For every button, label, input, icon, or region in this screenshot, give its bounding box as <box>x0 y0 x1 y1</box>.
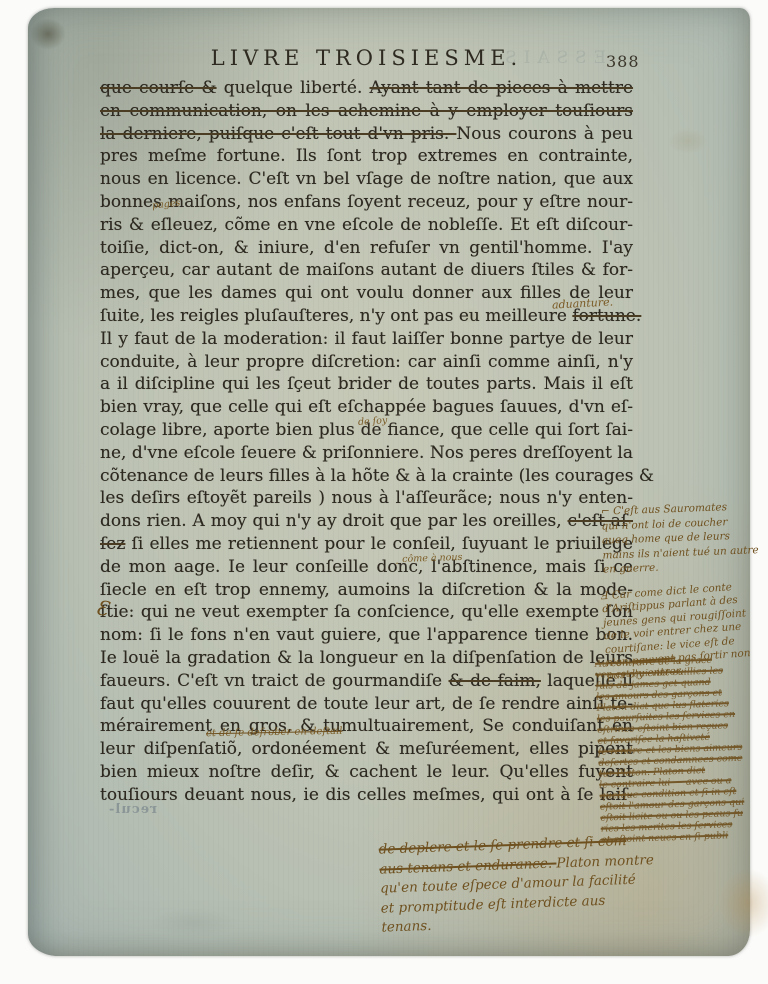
text-line: ſez ſi elles me retiennent pour le conſe… <box>100 533 633 556</box>
struck-text: en communication, on les achemine à y em… <box>100 101 633 121</box>
text-line: dons rien. A moy qui n'y ay droit que pa… <box>100 510 633 533</box>
stain <box>148 908 238 938</box>
text-line: la derniere, puiſque c'eſt tout d'vn pri… <box>100 123 633 146</box>
text-segment: de mon aage. Ie leur conſeille donc, l'a… <box>100 557 633 577</box>
text-segment: bien mieux noſtre deſir, & cachent le le… <box>100 762 633 782</box>
text-segment: cõtenance de leurs filles à la hõte & à … <box>100 466 654 486</box>
text-line: en communication, on les achemine à y em… <box>100 100 633 123</box>
text-line: pres meſme fortune. Ils ſont trop extrem… <box>100 145 633 168</box>
text-segment: Il y faut de la moderation: il faut laiſ… <box>100 329 633 349</box>
text-segment: tenans. <box>381 918 432 936</box>
text-line: Ie louë la gradation & la longueur en la… <box>100 647 633 670</box>
struck-text: Ayant tant de pieces à mettre <box>370 78 634 98</box>
text-segment: en guerre. <box>603 562 659 576</box>
text-line: cõtenance de leurs filles à la hõte & à … <box>100 465 633 488</box>
interlinear-note: ꞈ côme à nous <box>396 552 463 565</box>
text-line: a il diſcipline qui les ſçeut brider de … <box>100 373 633 396</box>
text-segment: touſiours deuant nous, ie dis celles meſ… <box>100 785 633 805</box>
page-number: 388 <box>606 52 640 71</box>
text-line: ne, d'vne eſcole ſeuere & priſonniere. N… <box>100 442 633 465</box>
margin-note-sauromates: ⌐ C'eſt aus Sauromatesqui n'ont loi de c… <box>601 499 753 577</box>
scan-background: { "page": { "header": { "title": "LIVRE … <box>0 0 768 984</box>
text-segment: ris & eſleuez, cõme en vne eſcole de nob… <box>100 215 633 235</box>
interlinear-note: de ſoy <box>358 415 388 428</box>
text-segment: mérairement en gros, & tumultuairement, … <box>100 716 633 736</box>
text-segment: Nous courons à peu <box>456 124 633 144</box>
text-line: nous en licence. C'eſt vn bel vſage de n… <box>100 168 633 191</box>
text-line: touſiours deuant nous, ie dis celles meſ… <box>100 784 633 807</box>
text-segment: conduite, à leur propre diſcretion: car … <box>100 352 633 372</box>
stain <box>30 18 66 50</box>
text-line: que courſe & quelque liberté. Ayant tant… <box>100 77 633 100</box>
text-segment: quelque liberté. <box>217 78 370 98</box>
text-segment: Platon montre <box>556 852 654 871</box>
stain <box>668 128 708 154</box>
text-segment: toiſie, dict-on, & iniure, d'en refuſer … <box>100 238 633 258</box>
text-line: aperçeu, car autant de maiſons autant de… <box>100 259 633 282</box>
text-segment: bien vray, que celle qui eſt eſchappée b… <box>100 397 633 417</box>
struck-text: la derniere, puiſque c'eſt tout d'vn pri… <box>100 124 456 144</box>
text-line: bien mieux noſtre deſir, & cachent le le… <box>100 761 633 784</box>
text-line: mérairement en gros, & tumultuairement, … <box>100 715 633 738</box>
text-segment: ſi elles me retiennent pour le conſeil, … <box>125 534 633 554</box>
text-line: faueurs. C'eſt vn traict de gourmandiſe … <box>100 670 633 693</box>
margin-note-platon: de deplere et le ſe prendre et ſi comaus… <box>378 827 761 938</box>
text-line: conduite, à leur propre diſcretion: car … <box>100 351 633 374</box>
text-line: ſiecle en eſt trop ennemy, aumoins la di… <box>100 579 633 602</box>
text-line: ſtie: qui ne veut exempter ſa conſcience… <box>100 601 633 624</box>
text-segment: leur diſpenſatiõ, ordonéement & meſuréem… <box>100 739 633 759</box>
text-segment: nous en licence. C'eſt vn bel vſage de n… <box>100 169 633 189</box>
text-segment: ne, d'vne eſcole ſeuere & priſonniere. N… <box>100 443 633 463</box>
text-segment: pres meſme fortune. Ils ſont trop extrem… <box>100 146 633 166</box>
text-segment: Ie louë la gradation & la longueur en la… <box>100 648 633 668</box>
text-segment: faut qu'elles couurent de toute leur art… <box>100 694 633 714</box>
text-segment: a il diſcipline qui les ſçeut brider de … <box>100 374 633 394</box>
text-line: faut qu'elles couurent de toute leur art… <box>100 693 633 716</box>
text-segment: aperçeu, car autant de maiſons autant de… <box>100 260 633 280</box>
printed-text-block: que courſe & quelque liberté. Ayant tant… <box>100 77 633 807</box>
text-line: nom: ſi le fons n'en vaut guiere, que l'… <box>100 624 633 647</box>
text-segment: faueurs. C'eſt vn traict de gourmandiſe <box>100 671 449 691</box>
text-line: toiſie, dict-on, & iniure, d'en refuſer … <box>100 237 633 260</box>
text-segment: ſiecle en eſt trop ennemy, aumoins la di… <box>100 580 633 600</box>
text-segment: nom: ſi le fons n'en vaut guiere, que l'… <box>100 625 633 645</box>
text-segment: dons rien. A moy qui n'y ay droit que pa… <box>100 511 568 531</box>
text-line: de mon aage. Ie leur conſeille donc, l'a… <box>100 556 633 579</box>
text-line: les deſirs eſtoyẽt pareils ) nous à l'aſ… <box>100 487 633 510</box>
margin-note-struck-block: Au contraire de la graceven est qui vint… <box>595 653 759 845</box>
struck-text: & de faim, <box>449 671 541 691</box>
struck-text: ſez <box>100 534 125 554</box>
running-header: LIVRE TROISIESME. <box>100 46 633 70</box>
text-segment: ſtie: qui ne veut exempter ſa conſcience… <box>100 602 633 622</box>
text-segment: ſuite, les reigles pluſauſteres, n'y ont… <box>100 306 572 326</box>
text-line: Il y faut de la moderation: il faut laiſ… <box>100 328 633 351</box>
book-page: ESSAIS recul- LIVRE TROISIESME. 388 que … <box>28 8 750 956</box>
text-line: ris & eſleuez, cõme en vne eſcole de nob… <box>100 214 633 237</box>
text-line: leur diſpenſatiõ, ordonéement & meſuréem… <box>100 738 633 761</box>
text-segment: les deſirs eſtoyẽt pareils ) nous à l'aſ… <box>100 488 633 508</box>
struck-text: que courſe & <box>100 78 217 98</box>
